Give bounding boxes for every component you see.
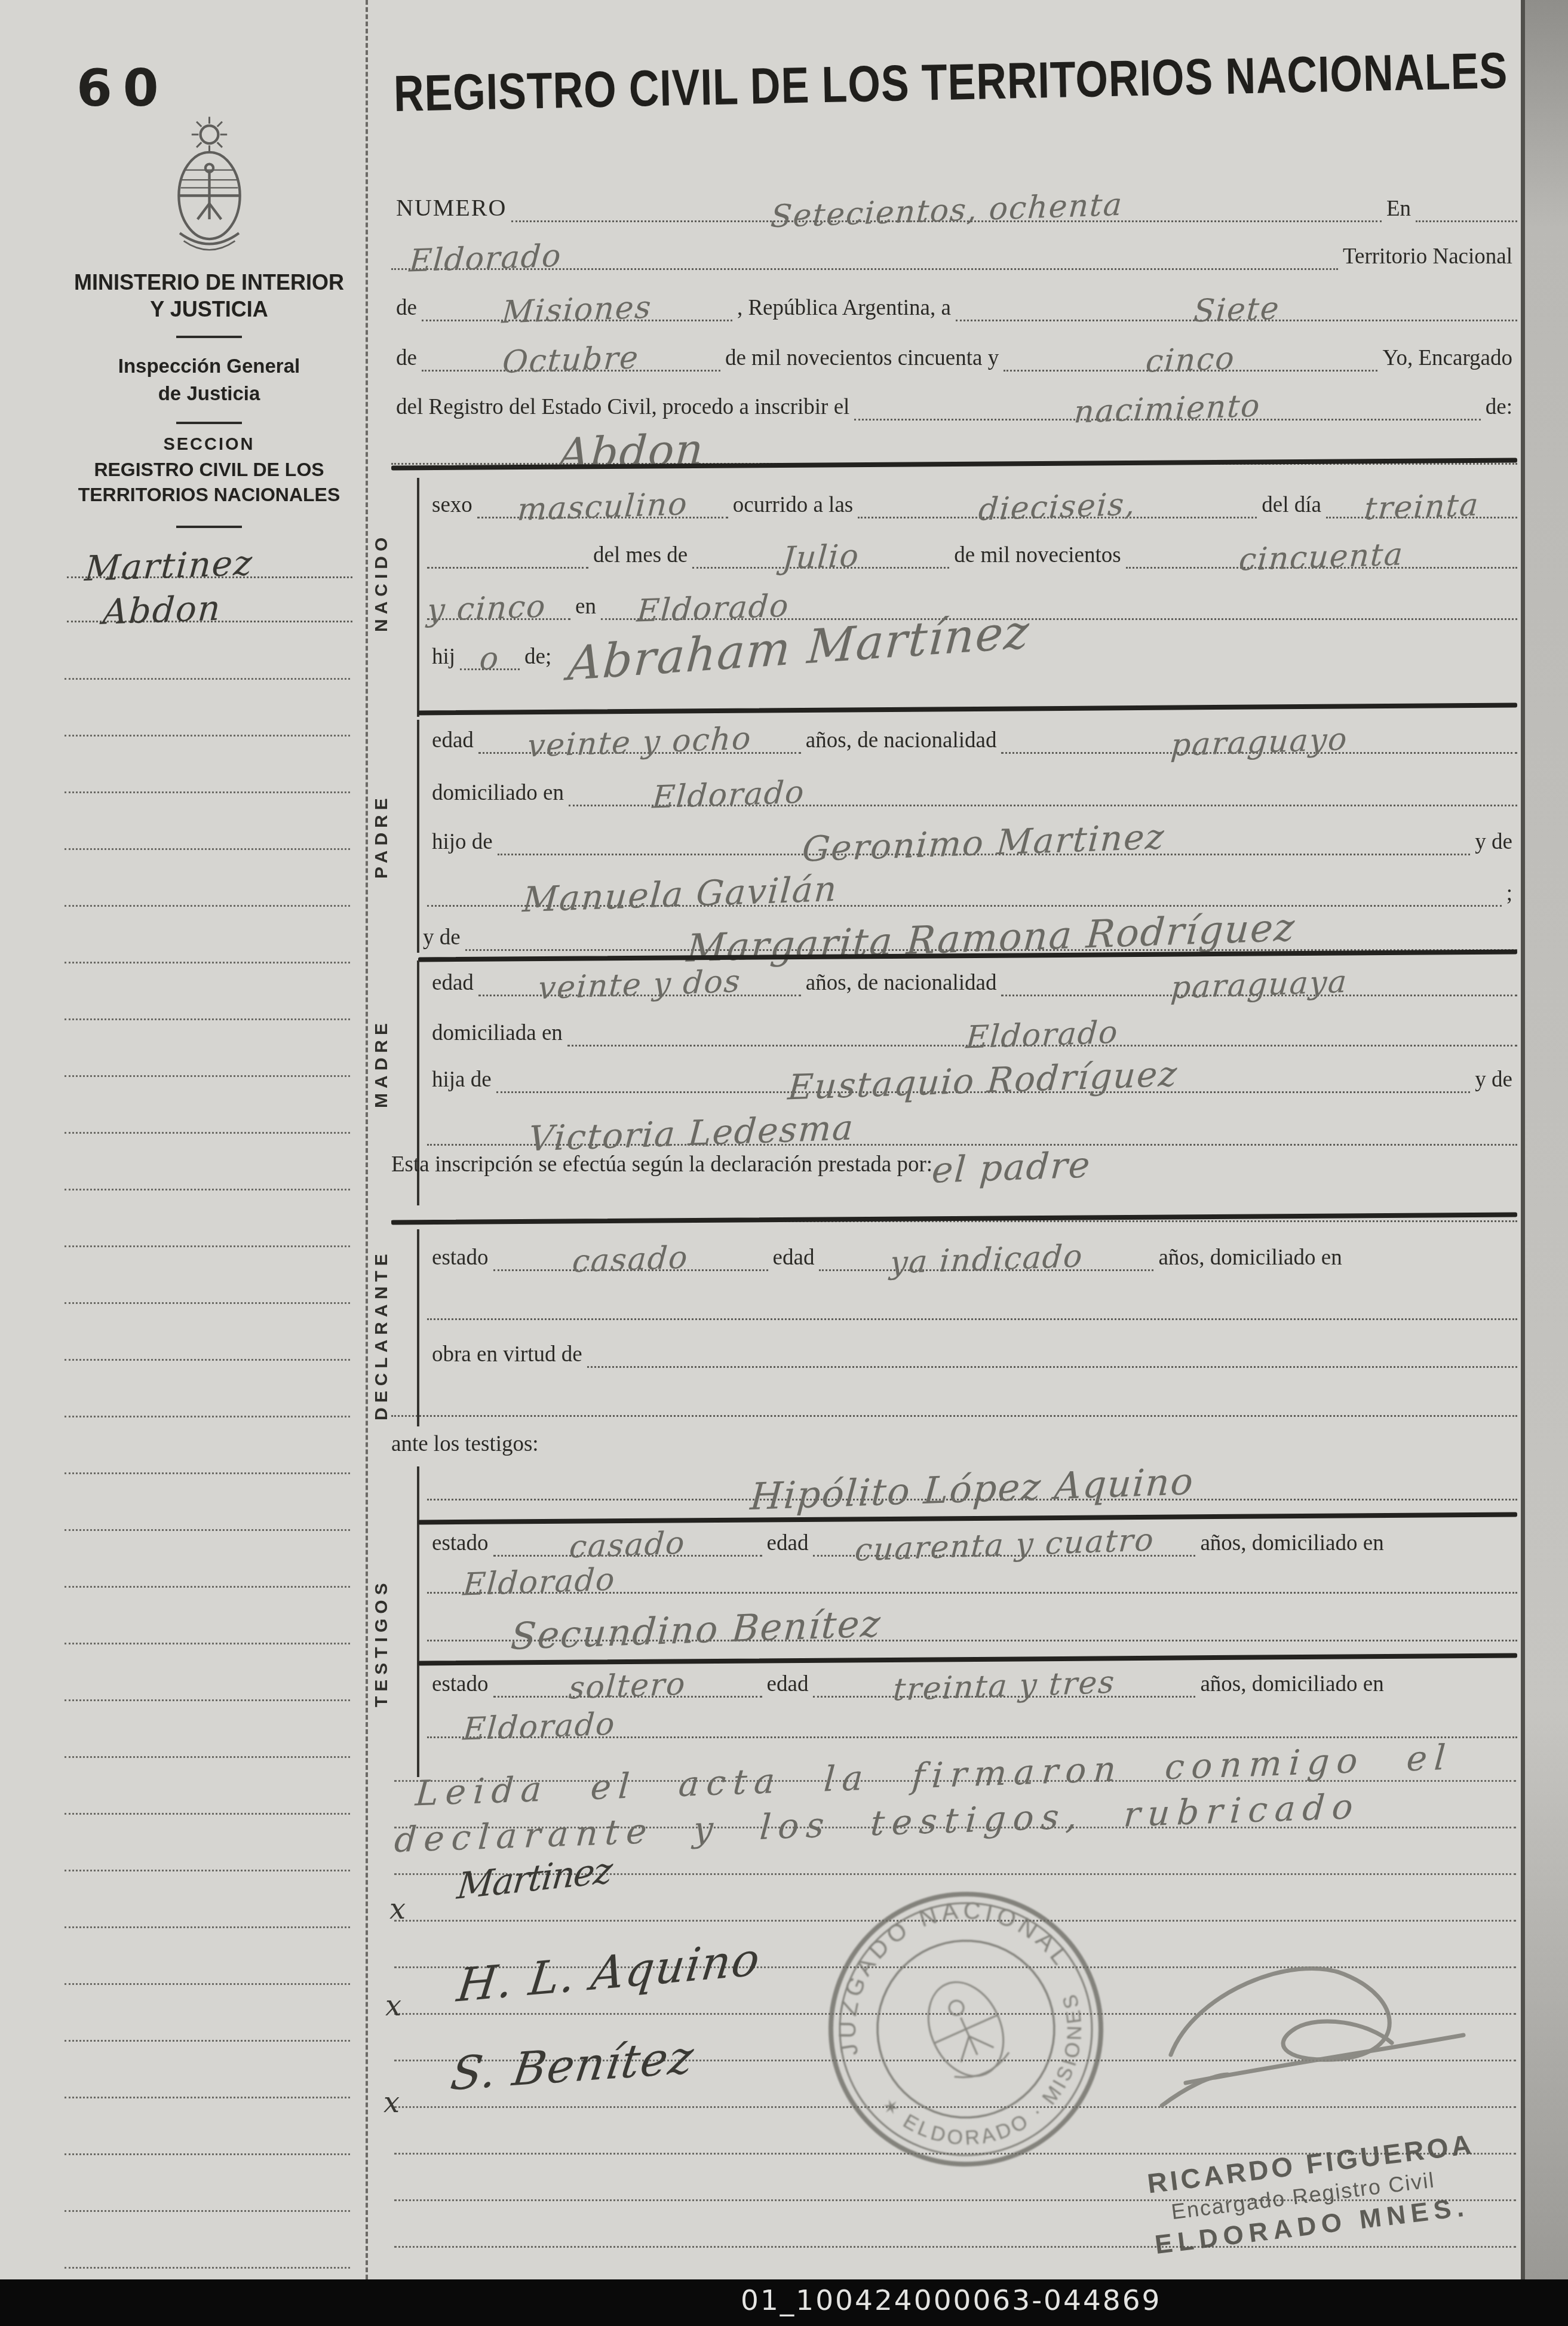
- padre-domicilio-label: domiciliado en: [427, 782, 569, 806]
- madre-nombre-field: Margarita Ramona Rodríguez: [465, 894, 1517, 951]
- seccion-label: SECCION: [63, 435, 355, 455]
- ruled-line: [65, 1756, 350, 1758]
- ocurrido-label: ocurrido a las: [728, 494, 858, 518]
- ruled-line: [65, 735, 350, 737]
- seccion-line1: REGISTRO CIVIL DE LOS: [63, 458, 355, 483]
- document-title: REGISTRO CIVIL DE LOS TERRITORIOS NACION…: [393, 41, 1520, 123]
- padre-nacionalidad-field: paraguayo: [1001, 702, 1517, 754]
- ruled-line: [65, 848, 350, 850]
- declarante-anos-label: años, domiciliado en: [1153, 1247, 1346, 1271]
- signature-testigo2: S. Benítez: [449, 2036, 697, 2095]
- gender-suffix-value: o: [479, 645, 501, 674]
- ruled-line: [65, 1586, 350, 1588]
- signature-flourish-icon: [1138, 1926, 1472, 2112]
- territory-field: Misiones: [422, 269, 732, 321]
- madre-y-de2-label: y de: [1470, 1069, 1517, 1093]
- dia-label: del día: [1257, 494, 1326, 518]
- empty-fill: [427, 517, 588, 569]
- testigo1-domicilio-field: Eldorado: [427, 1542, 1517, 1594]
- child-name-field: Abdon: [391, 397, 1517, 465]
- ruled-line: [65, 1643, 350, 1644]
- en-field: [1416, 170, 1517, 222]
- juzgado-round-stamp-icon: JUZGADO NACIONAL de PAZ ✶ ELDORADO · MIS…: [781, 1844, 1152, 2215]
- ruled-line: [65, 905, 350, 907]
- seccion-line2: TERRITORIOS NACIONALES: [63, 483, 355, 508]
- signature-declarante: Martinez: [456, 1854, 613, 1903]
- hijo-de-label: de;: [520, 646, 556, 670]
- de-label: de: [391, 297, 422, 321]
- abuelo-materno-field: Eustaquio Rodríguez: [496, 1041, 1471, 1093]
- svg-text:JUZGADO NACIONAL de PAZ: JUZGADO NACIONAL de PAZ: [781, 1844, 1084, 2085]
- hour-field: dieciseis,: [858, 467, 1257, 518]
- testigo2-domicilio-field: Eldorado: [427, 1686, 1517, 1738]
- madre-hija-de-label: hija de: [427, 1069, 496, 1093]
- declaracion-por-value: el padre: [931, 1144, 1093, 1192]
- testigo2-nombre-field: Secundino Benítez: [427, 1587, 1517, 1641]
- footer-code: 01_100424000063-044869: [741, 2284, 1162, 2317]
- obra-field: [587, 1316, 1517, 1368]
- page-edge-shade: [1525, 0, 1568, 2279]
- territorio-label: Territorio Nacional: [1338, 246, 1517, 270]
- sexo-label: sexo: [427, 494, 477, 518]
- section-bracket: [417, 1466, 419, 1777]
- ruled-line: [65, 2040, 350, 2042]
- month-field: Octubre: [422, 320, 720, 372]
- civil-registry-scan: 60 MINISTERIO DE INTERIOR Y JUSTI: [0, 0, 1568, 2326]
- ruled-line: [65, 962, 350, 963]
- declarante-edad-label: edad: [768, 1247, 820, 1271]
- republica-label: , República Argentina, a: [732, 297, 956, 321]
- ruled-line: [65, 1018, 350, 1020]
- ruled-line: [65, 2267, 350, 2269]
- padre-edad-label: edad: [427, 729, 478, 754]
- yo-encargado-label: Yo, Encargado: [1377, 347, 1517, 372]
- ruled-line: [65, 1529, 350, 1531]
- en-label: En: [1382, 198, 1416, 222]
- ruled-line: [65, 1926, 350, 1928]
- ruled-line: [65, 1132, 350, 1134]
- ruled-line: [65, 791, 350, 793]
- signature-testigo1: H. L. Aquino: [455, 1938, 763, 2006]
- year-field: cinco: [1004, 320, 1377, 372]
- madre-edad-field: veinte y dos: [478, 944, 801, 996]
- ruled-line: [65, 1870, 350, 1871]
- birth-day-field: treinta: [1326, 467, 1517, 518]
- ruled-line: [65, 1359, 350, 1361]
- section-label-testigos: TESTIGOS: [372, 1529, 392, 1756]
- section-label-declarante: DECLARANTE: [372, 1236, 392, 1434]
- x-mark-testigo2: x: [383, 2086, 400, 2119]
- sidebar-divider: [176, 422, 242, 424]
- place-field: Eldorado: [391, 218, 1338, 270]
- section-bracket: [417, 478, 419, 717]
- gender-suffix-field: o: [460, 618, 520, 670]
- margin-givenname: Abdon: [102, 592, 222, 627]
- official-stamp-block: RICARDO FIGUEROA Encargado Registro Civi…: [1146, 2124, 1513, 2260]
- x-mark-testigo1: x: [385, 1989, 401, 2023]
- inspeccion-line1: Inspección General: [63, 352, 355, 380]
- ruled-line: [65, 678, 350, 680]
- en-place-label: en: [570, 596, 601, 620]
- column-divider: [366, 0, 368, 2279]
- birth-year2-field: y cinco: [427, 568, 570, 620]
- empty-fill: [427, 1268, 1517, 1320]
- madre-nacionalidad-field: paraguaya: [1001, 944, 1517, 996]
- abuela-materna-value: Victoria Ledesma: [527, 1112, 855, 1154]
- day-field: Siete: [956, 269, 1517, 321]
- sexo-field: masculino: [477, 467, 728, 518]
- testigo2-domicilio-value: Eldorado: [462, 1711, 616, 1744]
- testigo1-nombre-field: Hipólito López Aquino: [427, 1446, 1517, 1500]
- ruled-line: [65, 2097, 350, 2098]
- padre-nacionalidad-label: años, de nacionalidad: [801, 729, 1002, 754]
- section-label-nacido: NACIDO: [372, 484, 392, 681]
- ruled-line: [65, 1189, 350, 1190]
- ruled-line: [65, 1983, 350, 1985]
- sidebar-divider: [176, 336, 242, 338]
- ruled-line: [65, 1075, 350, 1077]
- madre-edad-label: edad: [427, 972, 478, 996]
- ministry-title-line2: Y JUSTICIA: [63, 296, 355, 323]
- ruled-line: [65, 1302, 350, 1304]
- ruled-line: [65, 1416, 350, 1417]
- year-prefix-label: de mil novecientos cincuenta y: [720, 347, 1004, 372]
- declarante-estado-field: casado: [493, 1219, 768, 1271]
- ruled-line: [65, 1245, 350, 1247]
- declarante-estado-label: estado: [427, 1247, 493, 1271]
- abuela-materna-field: Victoria Ledesma: [427, 1094, 1517, 1146]
- birth-month-field: Julio: [692, 517, 949, 569]
- declarante-edad-field: ya indicado: [819, 1219, 1153, 1271]
- section-label-padre: PADRE: [372, 759, 392, 914]
- ruled-line: [65, 2153, 350, 2155]
- ruled-line: [65, 1813, 350, 1815]
- x-mark-declarante: x: [389, 1892, 406, 1926]
- birth-year-field: cincuenta: [1126, 517, 1517, 569]
- hij-label: hij: [427, 646, 460, 670]
- empty-fill: [391, 1365, 1517, 1417]
- birth-place-field: Eldorado: [601, 568, 1517, 620]
- stamp-top-text: JUZGADO NACIONAL de PAZ: [781, 1844, 1084, 2085]
- padre-y-de-label: y de: [1470, 831, 1517, 855]
- mes-label: del mes de: [588, 544, 692, 569]
- padre-edad-field: veinte y ocho: [478, 702, 801, 754]
- padre-domicilio-field: Eldorado: [569, 754, 1517, 806]
- coat-of-arms-icon: [160, 109, 259, 263]
- ruled-line: [394, 2246, 1516, 2248]
- de2-label: de: [391, 347, 422, 372]
- madre-nacionalidad-label: años, de nacionalidad: [801, 972, 1002, 996]
- section-label-madre: MADRE: [372, 986, 392, 1141]
- padre-hijo-de-label: hijo de: [427, 831, 498, 855]
- footer-bar: 01_100424000063-044869: [0, 2279, 1568, 2326]
- abuelo-paterno-field: Geronimo Martinez: [498, 803, 1471, 855]
- birth-year-label: de mil novecientos: [949, 544, 1126, 569]
- ministry-title-line1: MINISTERIO DE INTERIOR: [63, 269, 355, 296]
- ruled-line: [65, 1699, 350, 1701]
- obra-label: obra en virtud de: [427, 1343, 587, 1368]
- inspeccion-line2: de Justicia: [63, 380, 355, 407]
- ruled-line: [65, 1472, 350, 1474]
- numero-field: Setecientos, ochenta: [511, 170, 1382, 222]
- page-edge-line: [1521, 0, 1525, 2279]
- ruled-line: [65, 2210, 350, 2212]
- madre-domicilio-field: Eldorado: [567, 995, 1517, 1047]
